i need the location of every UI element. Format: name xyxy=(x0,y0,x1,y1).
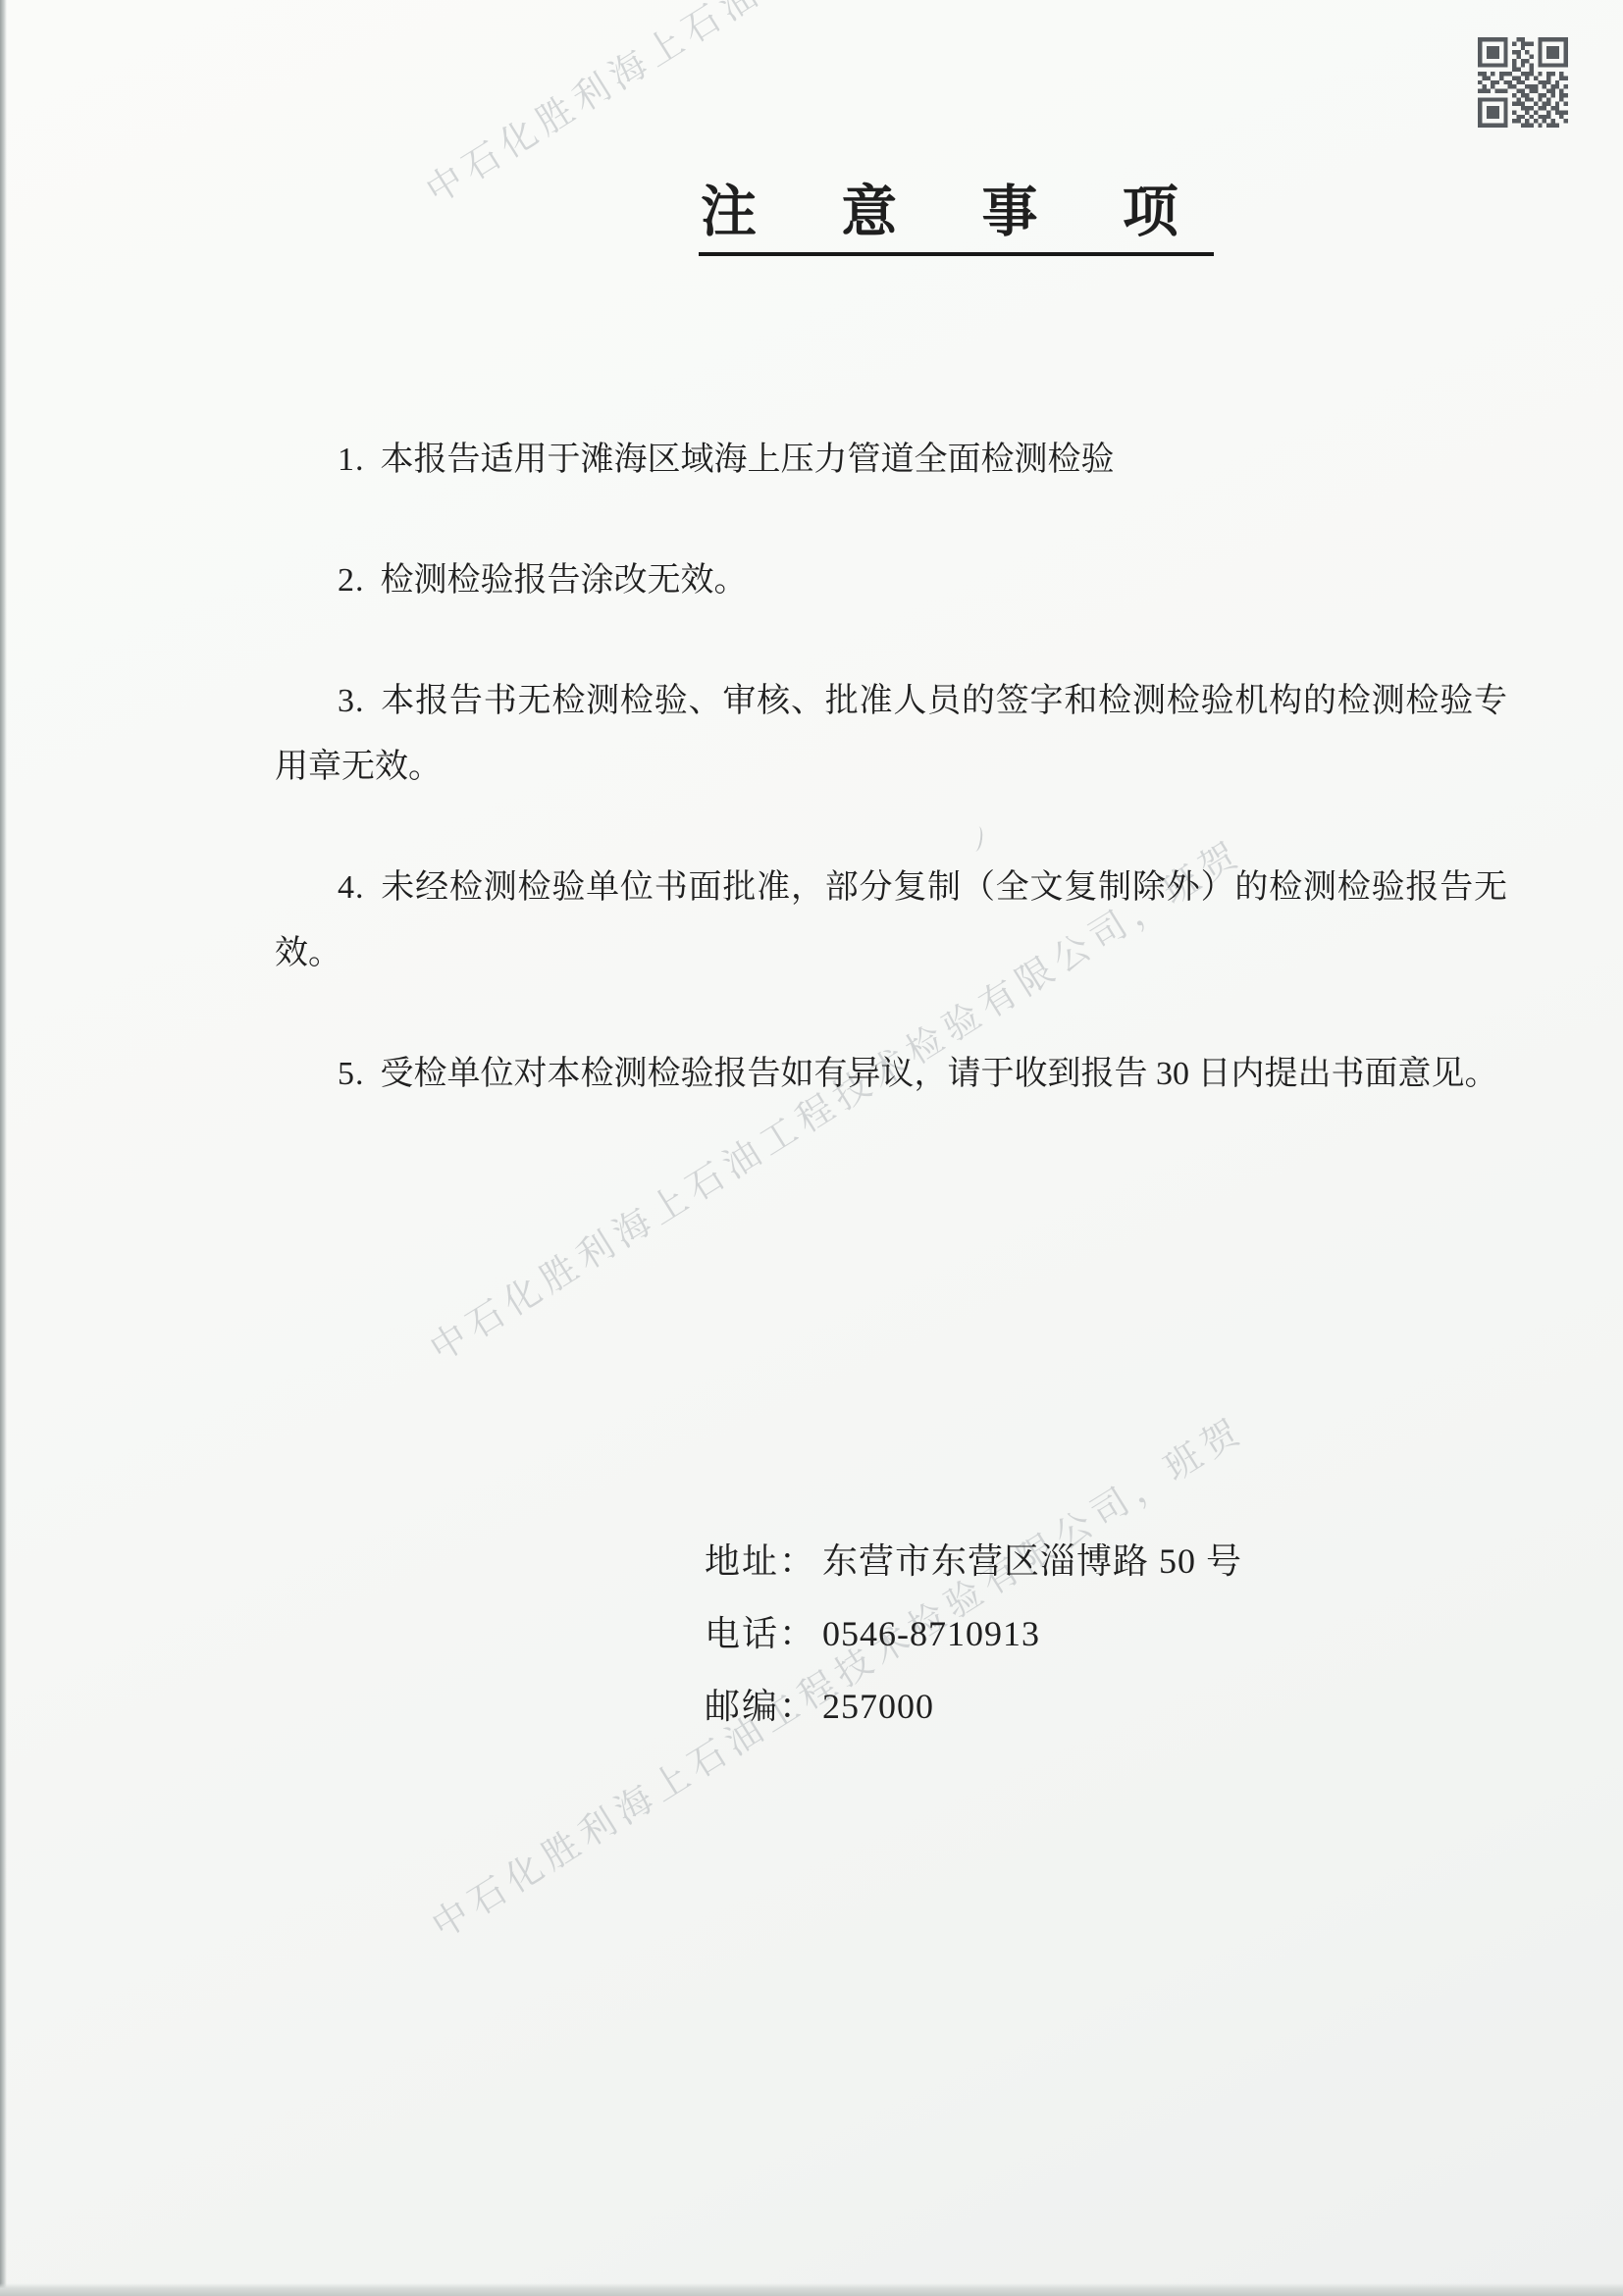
note-item-3: 3.本报告书无检测检验、审核、批准人员的签字和检测检验机构的检测检验专用章无效。 xyxy=(275,668,1507,800)
phone-value: 0546-8710913 xyxy=(816,1614,1040,1653)
address-label: 地址： xyxy=(705,1541,816,1581)
scan-edge-left xyxy=(0,0,7,2296)
note-item-text: 未经检测检验单位书面批准，部分复制（全文复制除外）的检测检验报告无效。 xyxy=(275,869,1507,971)
contact-phone-row: 电话：0546-8710913 xyxy=(705,1597,1242,1670)
document-page: 中石化胜利海上石油工程技术检验有限公司，班贺 中石化胜利海上石油工程技术检验有限… xyxy=(0,0,1623,2296)
contact-address-row: 地址：东营市东营区淄博路 50 号 xyxy=(705,1525,1242,1597)
note-item-number: 4. xyxy=(338,869,381,906)
notes-list: 1.本报告适用于滩海区域海上压力管道全面检测检验 2.检测检验报告涂改无效。 3… xyxy=(275,427,1507,1107)
scan-edge-bottom xyxy=(0,2283,1623,2296)
page-title: 注 意 事 项 xyxy=(699,183,1214,256)
postal-label: 邮编： xyxy=(705,1687,816,1726)
note-item-number: 1. xyxy=(338,442,381,478)
note-item-2: 2.检测检验报告涂改无效。 xyxy=(275,548,1507,613)
postal-value: 257000 xyxy=(816,1687,934,1726)
note-item-text: 检测检验报告涂改无效。 xyxy=(381,562,748,599)
note-item-5: 5.受检单位对本检测检验报告如有异议，请于收到报告 30 日内提出书面意见。 xyxy=(275,1041,1507,1107)
note-item-text: 本报告书无检测检验、审核、批准人员的签字和检测检验机构的检测检验专用章无效。 xyxy=(275,683,1507,785)
contact-postal-row: 邮编：257000 xyxy=(705,1670,1242,1743)
qr-code xyxy=(1478,36,1568,129)
note-item-1: 1.本报告适用于滩海区域海上压力管道全面检测检验 xyxy=(275,427,1507,493)
address-value: 东营市东营区淄博路 50 号 xyxy=(816,1541,1242,1581)
note-item-4: 4.未经检测检验单位书面批准，部分复制（全文复制除外）的检测检验报告无效。 xyxy=(275,855,1507,986)
phone-label: 电话： xyxy=(705,1614,816,1653)
note-item-number: 3. xyxy=(338,683,381,719)
note-item-number: 5. xyxy=(338,1056,381,1092)
note-item-number: 2. xyxy=(338,562,381,599)
note-item-text: 本报告适用于滩海区域海上压力管道全面检测检验 xyxy=(381,442,1115,478)
contact-block: 地址：东营市东营区淄博路 50 号 电话：0546-8710913 邮编：257… xyxy=(705,1525,1242,1743)
note-item-text: 受检单位对本检测检验报告如有异议，请于收到报告 30 日内提出书面意见。 xyxy=(381,1056,1498,1092)
